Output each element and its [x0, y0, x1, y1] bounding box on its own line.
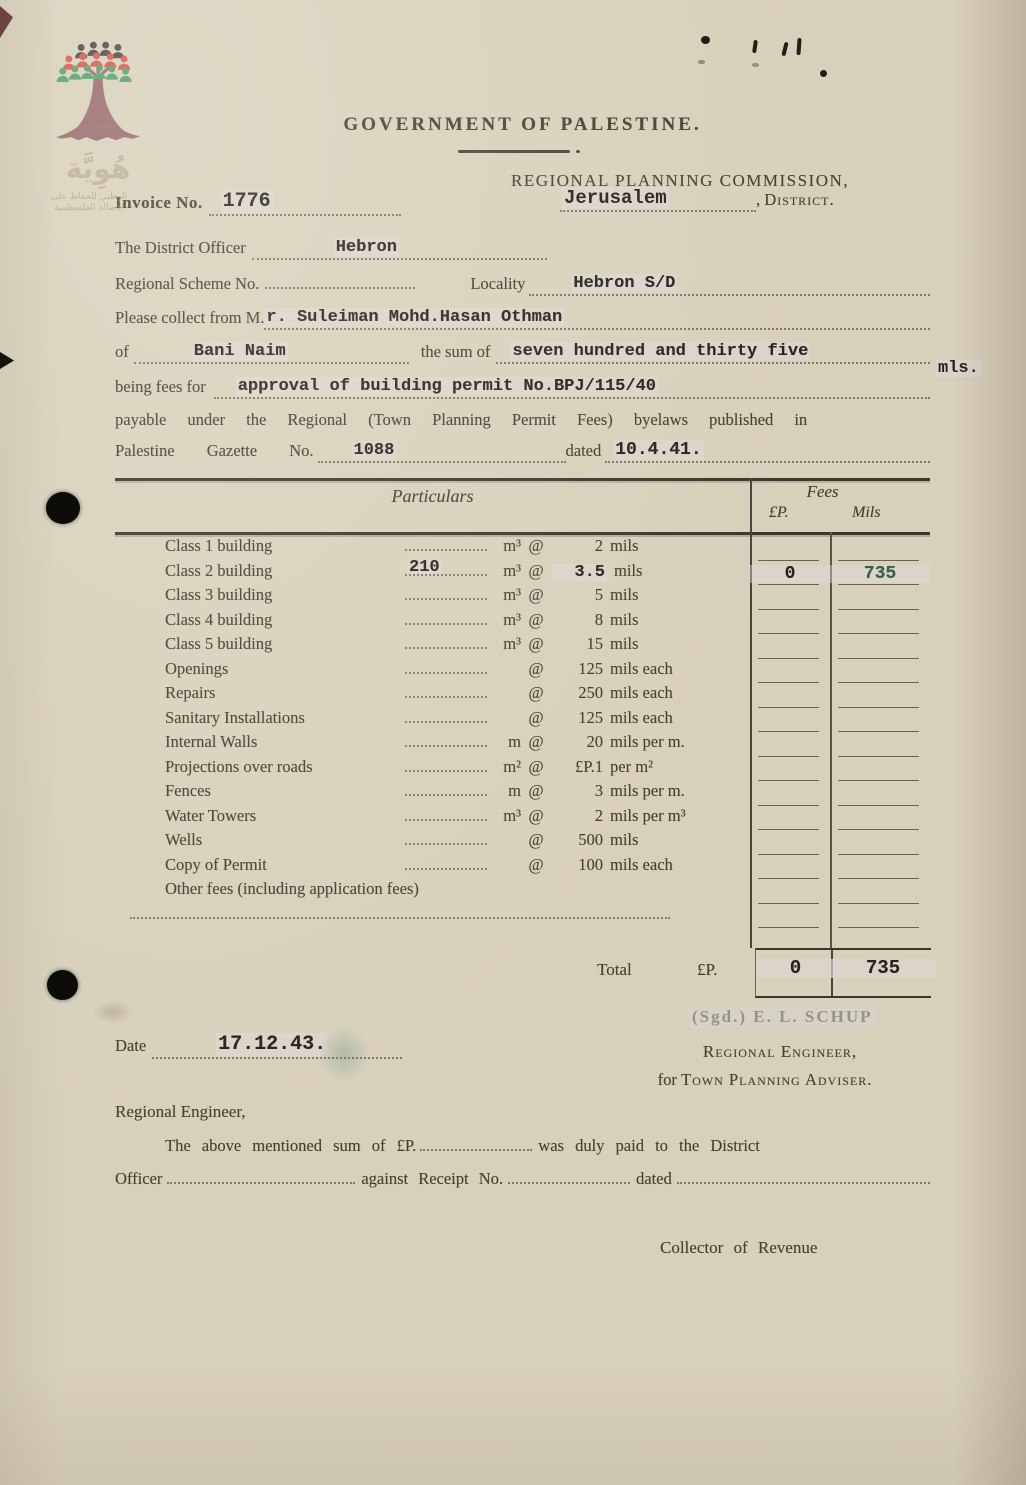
table-row: Internal Walls m @ 20 mils per m.	[115, 732, 930, 757]
fee-pounds-cell	[750, 904, 830, 929]
total-row: Total £P. 0 735	[115, 948, 930, 994]
scanned-invoice-document: هُوِيَّة الوطني للحفاظ على الأصالة الفلس…	[0, 0, 1026, 1485]
row-rate-unit: mils each	[610, 855, 740, 875]
at-sign: @	[521, 585, 551, 605]
row-rate-unit: mils per m³	[610, 806, 740, 826]
row-rate-unit: mils each	[610, 659, 740, 679]
dated-label: dated	[566, 441, 602, 461]
district-officer-value: Hebron	[334, 238, 399, 257]
tree-of-people-icon	[52, 36, 144, 154]
row-rate-unit: mils	[610, 585, 740, 605]
row-rate: 125	[551, 659, 603, 679]
row-quantity: 210	[407, 559, 442, 574]
fee-pounds-cell: 0	[750, 561, 830, 586]
row-label: Projections over roads	[165, 757, 405, 777]
faded-stamp-mark	[92, 1000, 134, 1024]
dated-label-footer: dated	[636, 1169, 672, 1189]
collect-value: r. Suleiman Mohd.Hasan Othman	[264, 308, 564, 327]
row-rate: 2	[551, 806, 603, 826]
row-label: Sanitary Installations	[165, 708, 405, 728]
at-sign: @	[521, 855, 551, 875]
fee-pounds-cell	[750, 855, 830, 880]
payable-text: payable under the Regional (Town Plannin…	[115, 410, 807, 430]
dots-leader	[405, 757, 487, 772]
for-label: for	[658, 1070, 677, 1089]
fees-subheaders: £P. Mils	[735, 504, 910, 522]
district-officer-line: The District Officer Hebron	[115, 238, 930, 260]
table-row: Wells @ 500 mils	[115, 830, 930, 855]
district-value: Jerusalem	[562, 187, 669, 209]
row-label: Class 1 building	[165, 536, 405, 556]
date-value: 17.12.43.	[216, 1033, 328, 1056]
row-rate: 100	[551, 855, 603, 875]
at-sign: @	[521, 732, 551, 752]
row-unit: m²	[487, 757, 521, 777]
title-divider	[458, 150, 570, 153]
fee-mils-cell	[830, 904, 930, 929]
fee-mils-cell	[830, 683, 930, 708]
at-sign: @	[521, 757, 551, 777]
row-rate: 2	[551, 536, 603, 556]
fee-pounds-cell	[750, 757, 830, 782]
row-rate-unit: mils each	[610, 683, 740, 703]
fees-for-field: approval of building permit No.BPJ/115/4…	[214, 377, 930, 399]
row-rate-unit: mils	[610, 830, 740, 850]
of-value: Bani Naim	[192, 342, 288, 361]
table-row: Projections over roads m² @ £P.1 per m²	[115, 757, 930, 782]
district-line: Jerusalem , District.	[560, 190, 835, 212]
regional-engineer-title: Regional Engineer,	[630, 1042, 930, 1062]
table-row: Repairs @ 250 mils each	[115, 683, 930, 708]
row-rate-unit: mils each	[610, 708, 740, 728]
fee-pounds-cell	[750, 610, 830, 635]
fee-pounds-cell	[750, 634, 830, 659]
dots-leader	[405, 585, 487, 600]
scheme-locality-line: Regional Scheme No. Locality Hebron S/D	[115, 274, 930, 296]
dots-leader	[405, 806, 487, 821]
total-box: 0 735	[755, 948, 931, 998]
edge-mark	[0, 352, 14, 369]
fee-cell-line	[838, 927, 919, 928]
row-label: Class 3 building	[165, 585, 405, 605]
row-label: Fences	[165, 781, 405, 801]
fees-table: Particulars Fees £P. Mils Class 1 buildi…	[115, 478, 930, 995]
row-rate: 5	[551, 585, 603, 605]
date-field: 17.12.43.	[152, 1036, 402, 1059]
payable-line: payable under the Regional (Town Plannin…	[115, 410, 930, 430]
at-sign: @	[521, 561, 551, 581]
dots-leader	[405, 881, 487, 894]
table-row: Other fees (including application fees)	[115, 879, 930, 904]
row-rate: 125	[551, 708, 603, 728]
paid-post: was duly paid to the District	[538, 1136, 760, 1156]
table-row: Copy of Permit @ 100 mils each	[115, 855, 930, 880]
page-title: GOVERNMENT OF PALESTINE.	[115, 114, 930, 136]
dots-leader	[405, 634, 487, 649]
table-row: Openings @ 125 mils each	[115, 659, 930, 684]
date-label: Date	[115, 1036, 146, 1056]
footer-addressee: Regional Engineer,	[115, 1102, 246, 1122]
scheme-label: Regional Scheme No.	[115, 274, 259, 294]
officer-field	[167, 1182, 355, 1184]
adviser-title: Town Planning Adviser.	[681, 1070, 872, 1089]
table-top-border	[115, 478, 930, 481]
row-label: Class 5 building	[165, 634, 405, 654]
total-currency: £P.	[697, 960, 717, 980]
invoice-value-field: 1776	[209, 193, 401, 216]
invoice-number-line: Invoice No. 1776	[115, 193, 401, 216]
of-label: of	[115, 342, 129, 362]
fee-pounds-cell	[750, 708, 830, 733]
row-rate-unit: mils	[610, 610, 740, 630]
dots-leader	[405, 855, 487, 870]
row-rate-unit: mils per m.	[610, 732, 740, 752]
fees-for-label: being fees for	[115, 377, 206, 397]
row-label: Wells	[165, 830, 405, 850]
fee-mils-cell	[830, 536, 930, 561]
row-rate: 20	[551, 732, 603, 752]
total-label: Total	[597, 960, 632, 980]
locality-value: Hebron S/D	[571, 274, 677, 293]
fee-mils-cell	[830, 708, 930, 733]
district-officer-label: The District Officer	[115, 238, 246, 258]
locality-label: Locality	[470, 274, 525, 294]
at-sign: @	[521, 683, 551, 703]
row-unit: m³	[487, 536, 521, 556]
dots-leader	[405, 781, 487, 796]
gazette-date-field: 10.4.41.	[605, 441, 930, 463]
row-label: Internal Walls	[165, 732, 405, 752]
row-label: Other fees (including application fees)	[165, 879, 405, 899]
fee-mils-cell	[830, 732, 930, 757]
invoice-value: 1776	[221, 190, 273, 213]
row-unit: m³	[487, 634, 521, 654]
row-rate: 3.5	[551, 564, 607, 581]
signature-stamp: (Sgd.) E. L. SCHUP	[688, 1006, 877, 1028]
dots-leader	[130, 904, 670, 919]
gazette-label: Palestine Gazette No.	[115, 441, 314, 461]
total-pounds: 0	[756, 959, 835, 978]
of-sum-line: of Bani Naim the sum of seven hundred an…	[115, 342, 930, 364]
at-sign: @	[521, 806, 551, 826]
dots-leader	[405, 659, 487, 674]
fee-pounds-cell	[750, 806, 830, 831]
sum-label: the sum of	[421, 342, 491, 362]
at-sign: @	[521, 536, 551, 556]
fee-pounds-cell	[750, 879, 830, 904]
table-row: Water Towers m³ @ 2 mils per m³	[115, 806, 930, 831]
table-row: Fences m @ 3 mils per m.	[115, 781, 930, 806]
of-field: Bani Naim	[134, 342, 409, 364]
fee-mils-cell	[830, 634, 930, 659]
row-label: Repairs	[165, 683, 405, 703]
table-header-border	[115, 532, 930, 535]
row-unit: m³	[487, 561, 521, 581]
total-mils: 735	[831, 959, 935, 978]
row-rate: 15	[551, 634, 603, 654]
gazette-no-field: 1088	[318, 441, 566, 463]
at-sign: @	[521, 781, 551, 801]
fee-mils-value: 735	[830, 565, 930, 583]
receipt-line: Officer against Receipt No. dated	[115, 1169, 930, 1189]
row-unit: m³	[487, 610, 521, 630]
row-rate: 500	[551, 830, 603, 850]
gazette-line: Palestine Gazette No. 1088 dated 10.4.41…	[115, 441, 930, 463]
commission-title: REGIONAL PLANNING COMMISSION,	[430, 171, 930, 191]
district-field: Jerusalem	[560, 190, 756, 212]
paid-amount-field	[420, 1149, 532, 1151]
receipt-no-field	[508, 1182, 630, 1184]
scheme-field	[265, 287, 415, 289]
locality-field: Hebron S/D	[529, 274, 930, 296]
dated-field	[677, 1182, 930, 1184]
collect-from-line: Please collect from M. r. Suleiman Mohd.…	[115, 308, 930, 330]
logo-arabic-title: هُوِيَّة	[58, 152, 138, 185]
row-unit: m	[487, 781, 521, 801]
fee-pounds-cell	[750, 683, 830, 708]
paid-line: The above mentioned sum of £P. was duly …	[115, 1136, 930, 1156]
row-rate: 3	[551, 781, 603, 801]
fees-for-line: being fees for approval of building perm…	[115, 377, 930, 399]
row-label: Water Towers	[165, 806, 405, 826]
date-line: Date 17.12.43.	[115, 1036, 402, 1059]
fee-mils-cell	[830, 610, 930, 635]
gazette-date: 10.4.41.	[613, 440, 703, 460]
at-sign: @	[521, 830, 551, 850]
dots-leader	[405, 683, 487, 698]
table-row: Sanitary Installations @ 125 mils each	[115, 708, 930, 733]
fee-mils-cell	[830, 879, 930, 904]
dots-leader	[405, 708, 487, 723]
collector-of-revenue: Collector of Revenue	[660, 1238, 817, 1258]
row-unit: m³	[487, 806, 521, 826]
sum-unit: mls.	[936, 360, 981, 377]
table-row: Class 4 building m³ @ 8 mils	[115, 610, 930, 635]
fee-pounds-cell	[750, 659, 830, 684]
fee-mils-cell: 735	[830, 561, 930, 586]
collect-field: r. Suleiman Mohd.Hasan Othman	[264, 308, 930, 330]
fee-pounds-cell	[750, 536, 830, 561]
dots-leader: 210	[405, 561, 487, 576]
row-rate-unit: mils	[610, 536, 740, 556]
dots-leader	[405, 536, 487, 551]
row-label: Class 4 building	[165, 610, 405, 630]
fee-pounds-cell	[750, 781, 830, 806]
row-rate: £P.1	[551, 757, 603, 777]
table-row: Class 2 building 210 m³ @ 3.5 mils 0 735	[115, 561, 930, 586]
fees-header: Fees	[735, 482, 910, 502]
fee-cell-line	[758, 927, 819, 928]
comma: ,	[756, 190, 764, 210]
row-label: Class 2 building	[165, 561, 405, 581]
at-sign: @	[521, 708, 551, 728]
dots-leader	[405, 732, 487, 747]
sum-value: seven hundred and thirty five	[510, 342, 810, 361]
row-unit: m³	[487, 585, 521, 605]
district-label: District.	[764, 190, 834, 210]
dots-leader	[405, 610, 487, 625]
at-sign: @	[521, 634, 551, 654]
row-rate-unit: mils per m.	[610, 781, 740, 801]
fee-mils-cell	[830, 781, 930, 806]
fee-mils-cell	[830, 585, 930, 610]
row-unit: m	[487, 732, 521, 752]
dots-leader	[405, 830, 487, 845]
fees-sub-pounds: £P.	[735, 504, 823, 522]
for-town-planning-adviser: for Town Planning Adviser.	[600, 1070, 930, 1090]
fees-for-value: approval of building permit No.BPJ/115/4…	[236, 377, 658, 396]
fee-pounds-cell	[750, 732, 830, 757]
fee-mils-cell	[830, 855, 930, 880]
row-rate: 250	[551, 683, 603, 703]
logo-arabic-subtitle: الوطني للحفاظ على الأصالة الفلسطينية	[34, 192, 144, 214]
fee-mils-cell	[830, 806, 930, 831]
fee-mils-cell	[830, 757, 930, 782]
table-row: Class 5 building m³ @ 15 mils	[115, 634, 930, 659]
particulars-header: Particulars	[115, 486, 750, 507]
gazette-no: 1088	[352, 441, 397, 460]
table-body: Class 1 building m³ @ 2 mils Class 2 bui…	[115, 536, 930, 928]
corner-mark	[0, 6, 13, 38]
fee-pounds-cell	[750, 585, 830, 610]
table-row: Class 1 building m³ @ 2 mils	[115, 536, 930, 561]
fees-sub-mils: Mils	[823, 504, 911, 522]
row-rate-unit: mils	[610, 634, 740, 654]
table-row: Class 3 building m³ @ 5 mils	[115, 585, 930, 610]
officer-label: Officer	[115, 1169, 162, 1189]
dotted-fill-row	[115, 904, 930, 929]
fee-pounds-cell	[750, 830, 830, 855]
fee-mils-cell	[830, 830, 930, 855]
sum-field: seven hundred and thirty five	[496, 342, 930, 364]
row-rate-unit: mils	[614, 561, 744, 581]
fee-pounds-value: 0	[750, 565, 830, 583]
punch-hole	[47, 970, 78, 1000]
district-officer-field: Hebron	[252, 238, 547, 260]
collect-label: Please collect from M.	[115, 308, 264, 328]
row-label: Copy of Permit	[165, 855, 405, 875]
receipt-label: against Receipt No.	[361, 1169, 503, 1189]
at-sign: @	[521, 610, 551, 630]
fee-mils-cell	[830, 659, 930, 684]
row-label: Openings	[165, 659, 405, 679]
punch-hole	[46, 492, 80, 524]
at-sign: @	[521, 659, 551, 679]
paid-pre: The above mentioned sum of £P.	[165, 1136, 416, 1156]
row-rate-unit: per m²	[610, 757, 740, 777]
row-rate: 8	[551, 610, 603, 630]
